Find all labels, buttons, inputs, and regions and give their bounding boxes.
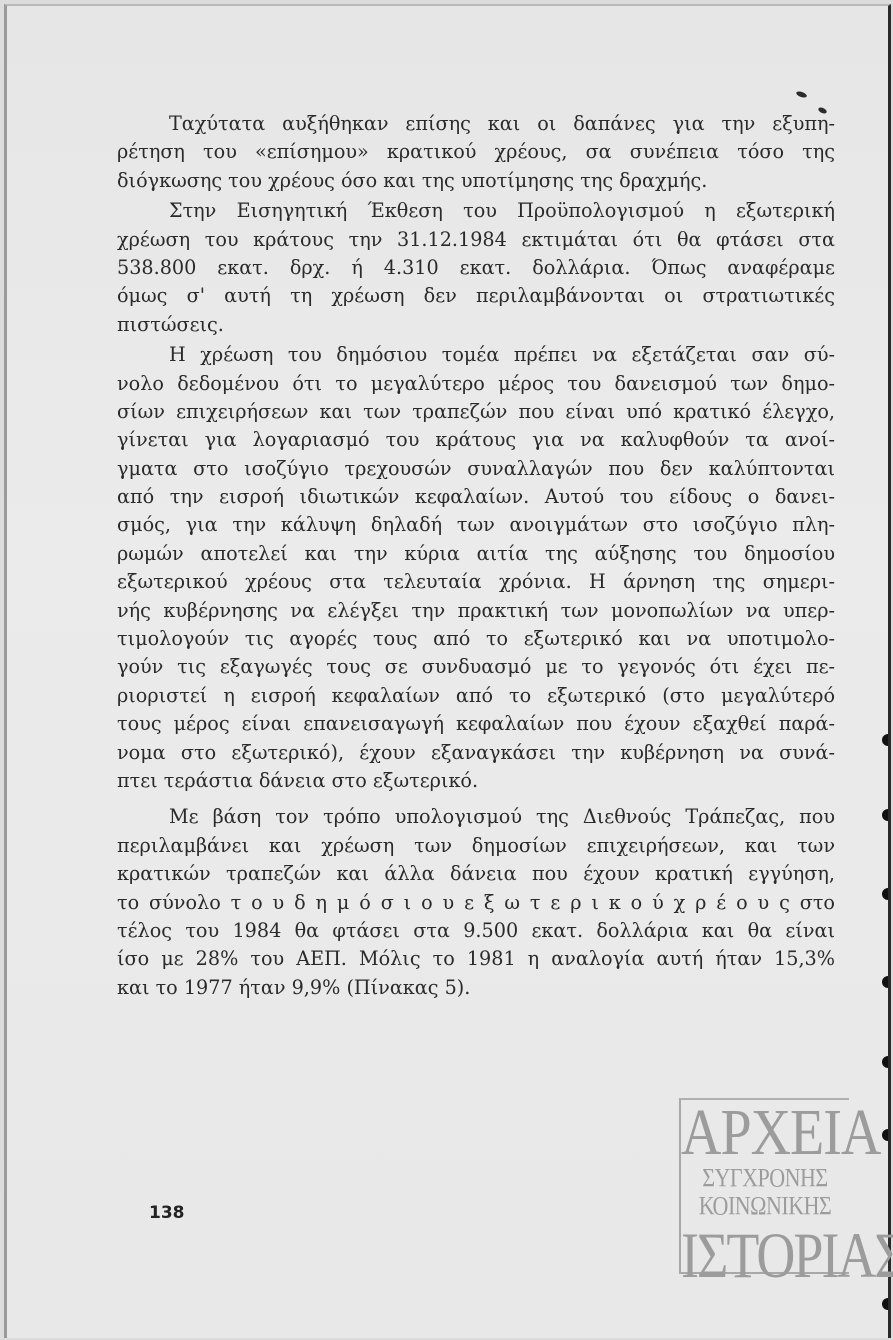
text-line: Η χρέωση του δημόσιου τομέα πρέπει να εξ… xyxy=(117,341,835,369)
text-line: σίων επιχειρήσεων και των τραπεζών που ε… xyxy=(117,398,835,426)
text-line: Στην Εισηγητική Έκθεση του Προϋπολογισμο… xyxy=(117,197,835,225)
text-line: σμός, για την κάλυψη δηλαδή των ανοιγμάτ… xyxy=(117,511,835,539)
text-line: εξωτερικού χρέους στα τελευταία χρόνια. … xyxy=(117,568,835,596)
page-edge-notch xyxy=(882,1056,888,1068)
text-line: τους μέρος είναι επανεισαγωγή κεφαλαίων … xyxy=(117,710,835,738)
text-line: νολο δεδομένου ότι το μεγαλύτερο μέρος τ… xyxy=(117,370,835,398)
text-line: ρέτηση του «επίσημου» κρατικού χρέους, σ… xyxy=(117,138,835,166)
page-edge-notch xyxy=(882,809,888,821)
text-line: κρατικών τραπεζών και άλλα δάνεια που έχ… xyxy=(117,860,835,888)
text-line: και το 1977 ήταν 9,9% (Πίνακας 5). xyxy=(117,974,835,1002)
text-line: τιμολογούν τις αγορές τους από το εξωτερ… xyxy=(117,625,835,653)
body-text: Ταχύτατα αυξήθηκαν επίσης και οι δαπάνες… xyxy=(117,110,835,1002)
paragraph-4: Με βάση τον τρόπο υπολογισμού της Διεθνο… xyxy=(117,803,835,1002)
text-line: το σύνολο τ ο υ δ η μ ό σ ι ο υ ε ξ ω τ … xyxy=(117,889,835,917)
stamp-line-1: ΑΡΧΕΙΑ xyxy=(681,1102,849,1163)
text-line: ρωμών αποτελεί και την κύρια αιτία της α… xyxy=(117,540,835,568)
text-line: πτει τεράστια δάνεια στο εξωτερικό. xyxy=(117,767,835,795)
page-edge-notch xyxy=(882,888,888,900)
text-line: νομα στο εξωτερικό), έχουν εξαναγκάσει τ… xyxy=(117,739,835,767)
text-line: πιστώσεις. xyxy=(117,311,835,339)
paragraph-2: Στην Εισηγητική Έκθεση του Προϋπολογισμο… xyxy=(117,197,835,339)
paragraph-3: Η χρέωση του δημόσιου τομέα πρέπει να εξ… xyxy=(117,341,835,795)
text-line: Με βάση τον τρόπο υπολογισμού της Διεθνο… xyxy=(117,803,835,831)
page-edge-notch xyxy=(882,1129,888,1141)
page-edge-notch xyxy=(882,734,888,746)
text-line: διόγκωσης του χρέους όσο και της υποτίμη… xyxy=(117,167,835,195)
text-line: γίνεται για λογαριασμό του κράτους για ν… xyxy=(117,426,835,454)
scan-artifact-mark xyxy=(795,90,807,98)
stamp-line-2: ΣΥΓΧΡΟΝΗΣ xyxy=(681,1164,849,1193)
archive-stamp-logo: ΑΡΧΕΙΑ ΣΥΓΧΡΟΝΗΣ ΚΟΙΝΩΝΙΚΗΣ ΙΣΤΟΡΙΑΣ xyxy=(679,1098,849,1274)
text-line: 538.800 εκατ. δρχ. ή 4.310 εκατ. δολλάρι… xyxy=(117,254,835,282)
text-line: Ταχύτατα αυξήθηκαν επίσης και οι δαπάνες… xyxy=(117,110,835,138)
text-line: περιλαμβάνει και χρέωση των δημοσίων επι… xyxy=(117,832,835,860)
page-edge-notch xyxy=(882,976,888,988)
text-line: ριοριστεί η εισροή κεφαλαίων από το εξωτ… xyxy=(117,682,835,710)
paragraph-1: Ταχύτατα αυξήθηκαν επίσης και οι δαπάνες… xyxy=(117,110,835,195)
text-line: γούν τις εξαγωγές τους σε συνδυασμό με τ… xyxy=(117,653,835,681)
text-line: από την εισροή ιδιωτικών κεφαλαίων. Αυτο… xyxy=(117,483,835,511)
text-line: γματα στο ισοζύγιο τρεχουσών συναλλαγών … xyxy=(117,455,835,483)
text-line: ίσο με 28% του ΑΕΠ. Μόλις το 1981 η αναλ… xyxy=(117,945,835,973)
text-line: όμως σ' αυτή τη χρέωση δεν περιλαμβάνοντ… xyxy=(117,282,835,310)
stamp-line-4: ΙΣΤΟΡΙΑΣ xyxy=(681,1224,849,1286)
text-line: χρέωση του κράτους την 31.12.1984 εκτιμά… xyxy=(117,226,835,254)
scanned-page: Ταχύτατα αυξήθηκαν επίσης και οι δαπάνες… xyxy=(4,4,891,1338)
text-line: νής κυβέρνησης να ελέγξει την πρακτική τ… xyxy=(117,597,835,625)
page-number: 138 xyxy=(149,1203,185,1223)
page-edge-notch xyxy=(882,1298,888,1310)
text-line: τέλος του 1984 θα φτάσει στα 9.500 εκατ.… xyxy=(117,917,835,945)
stamp-line-3: ΚΟΙΝΩΝΙΚΗΣ xyxy=(681,1192,849,1221)
